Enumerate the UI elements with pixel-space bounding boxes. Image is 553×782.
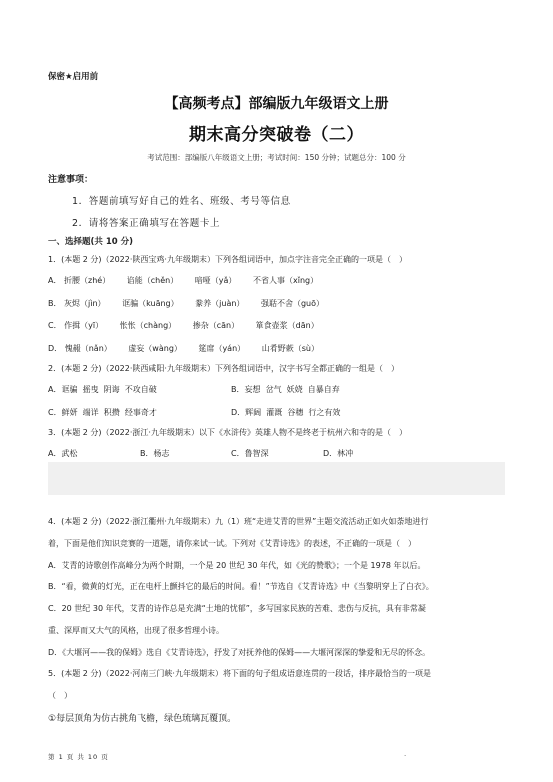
option-word: 虚妄（wàng） [128, 343, 182, 354]
option-letter: C． [231, 449, 245, 458]
question-4-option-b: B．“看，微黄的灯光，正在电杆上颤抖它的最后的时间。看！”节选自《艾青诗选》中《… [48, 581, 434, 592]
question-1-option-b: B． 灰烬（jìn） 诓骗（kuāng） 豢养（juàn） 强聒不舍（guō） [48, 298, 338, 309]
option-letter: A． [48, 449, 61, 458]
option-word: 谄能（chěn） [127, 275, 178, 286]
footer-dot: . [404, 750, 406, 758]
option-letter: C． [48, 321, 62, 330]
option-word: 掺杂（cān） [193, 320, 239, 331]
option-letter: A． [48, 276, 61, 285]
question-1-option-d: D． 愧赧（nǎn） 虚妄（wàng） 筵席（yán） 山肴野蔌（sù） [48, 343, 333, 354]
option-word: 不省人事（xǐng） [253, 275, 318, 286]
option-word: 折腰（zhé） [64, 275, 110, 286]
option-word: 怅怅（chàng） [120, 320, 177, 331]
question-3-option-b: B．杨志 [140, 448, 170, 459]
page-break-band [48, 462, 505, 495]
option-word: 豢养（juàn） [195, 298, 244, 309]
exam-title-line2: 期末高分突破卷（二） [0, 120, 553, 145]
exam-meta-info: 考试范围：部编版八年级语文上册；考试时间：150 分钟；试题总分：100 分 [0, 152, 553, 163]
option-text: 鲁智深 [245, 449, 269, 458]
option-letter: C． [48, 408, 62, 417]
question-1-option-a: A． 折腰（zhé） 谄能（chěn） 喑哑（yǎ） 不省人事（xǐng） [48, 275, 332, 286]
note-item: 2．请将答案正确填写在答题卡上 [72, 215, 220, 229]
option-letter: B． [48, 299, 62, 308]
question-3-option-d: D．林冲 [323, 448, 353, 459]
option-word: 喑哑（yǎ） [195, 275, 237, 286]
question-2-option-d: D．辉阔 灌溉 谷穗 行之有效 [231, 407, 340, 418]
option-word: 愧赧（nǎn） [65, 343, 112, 354]
option-word: 山肴野蔌（sù） [262, 343, 319, 354]
question-3-option-c: C．鲁智深 [231, 448, 269, 459]
notes-heading: 注意事项： [48, 172, 93, 185]
option-letter: D． [48, 344, 62, 353]
question-2-option-c: C．鲜妍 端详 积攒 经事奇才 [48, 407, 157, 418]
option-text: 诓骗 摇曳 阴诲 不攻自破 [61, 385, 156, 394]
question-3-stem: 3．(本题 2 分)（2022·浙江·九年级期末）以下《水浒传》英雄人物不是终老… [48, 427, 407, 438]
exam-page: 保密★启用前 【高频考点】部编版九年级语文上册 期末高分突破卷（二） 考试范围：… [0, 0, 553, 782]
question-5-stem-line1: 5．(本题 2 分)（2022·河南三门峡·九年级期末）将下面的句子组成语意连贯… [48, 668, 431, 679]
section-heading-choice: 一、选择题(共 10 分) [48, 235, 133, 247]
option-word: 筵席（yán） [198, 343, 245, 354]
question-1-option-c: C． 作揖（yī） 怅怅（chàng） 掺杂（cān） 箪食壶浆（dān） [48, 320, 333, 331]
question-2-stem: 2．(本题 2 分)（2022·陕西咸阳·九年级期末）下列各组词语中，汉字书写全… [48, 363, 399, 374]
question-5-stem-line2: （ ） [48, 690, 72, 701]
confidential-label: 保密★启用前 [48, 70, 98, 82]
option-word: 箪食壶浆（dān） [256, 320, 319, 331]
option-letter: A． [48, 385, 61, 394]
option-text: 辉阔 灌溉 谷穗 行之有效 [245, 408, 340, 417]
question-4-option-a: A．艾青的诗歌创作高峰分为两个时期，一个是 20 世纪 30 年代，如《光的赞歌… [48, 560, 425, 571]
option-word: 灰烬（jìn） [64, 298, 106, 309]
question-4-stem-line2: 着，下面是他们知识竞赛的一道题，请你来试一试。下列对《艾青诗选》的表述，不正确的… [48, 538, 416, 549]
option-letter: D． [323, 449, 337, 458]
question-1-stem: 1．(本题 2 分)（2022·陕西宝鸡·九年级期末）下列各组词语中，加点字注音… [48, 254, 407, 265]
option-letter: B． [140, 449, 154, 458]
question-4-stem-line1: 4．(本题 2 分)（2022·浙江衢州·九年级期末）九（1）班“走进艾青的世界… [48, 516, 428, 527]
option-text: 妄想 岔气 妖娆 自暴自弃 [245, 385, 340, 394]
question-4-option-c-line1: C．20 世纪 30 年代，艾青的诗作总是充满“土地的忧郁”，多写国家民族的苦难… [48, 603, 426, 614]
page-number-footer: 第 1 页 共 10 页 [48, 752, 109, 761]
option-word: 强聒不舍（guō） [261, 298, 324, 309]
question-2-option-b: B．妄想 岔气 妖娆 自暴自弃 [231, 384, 340, 395]
option-word: 诓骗（kuāng） [122, 298, 179, 309]
option-letter: D． [231, 408, 245, 417]
question-4-option-c-line2: 重、深厚而又大气的风格，出现了很多哲理小诗。 [48, 625, 224, 636]
question-2-option-a: A．诓骗 摇曳 阴诲 不攻自破 [48, 384, 157, 395]
option-word: 作揖（yī） [64, 320, 103, 331]
question-4-option-d: D．《大堰河——我的保姆》选自《艾青诗选》，抒发了对抚养他的保姆——大堰河深深的… [48, 647, 430, 658]
exam-title-line1: 【高频考点】部编版九年级语文上册 [0, 93, 553, 113]
option-text: 鲜妍 端详 积攒 经事奇才 [62, 408, 157, 417]
note-item: 1．答题前填写好自己的姓名、班级、考号等信息 [72, 193, 291, 207]
option-text: 武松 [61, 449, 77, 458]
option-letter: B． [231, 385, 245, 394]
question-3-option-a: A．武松 [48, 448, 77, 459]
question-5-sentence-1: ①每层顶角为仿古挑角飞檐，绿色琉璃瓦覆顶。 [48, 711, 236, 724]
option-text: 林冲 [337, 449, 353, 458]
option-text: 杨志 [154, 449, 170, 458]
